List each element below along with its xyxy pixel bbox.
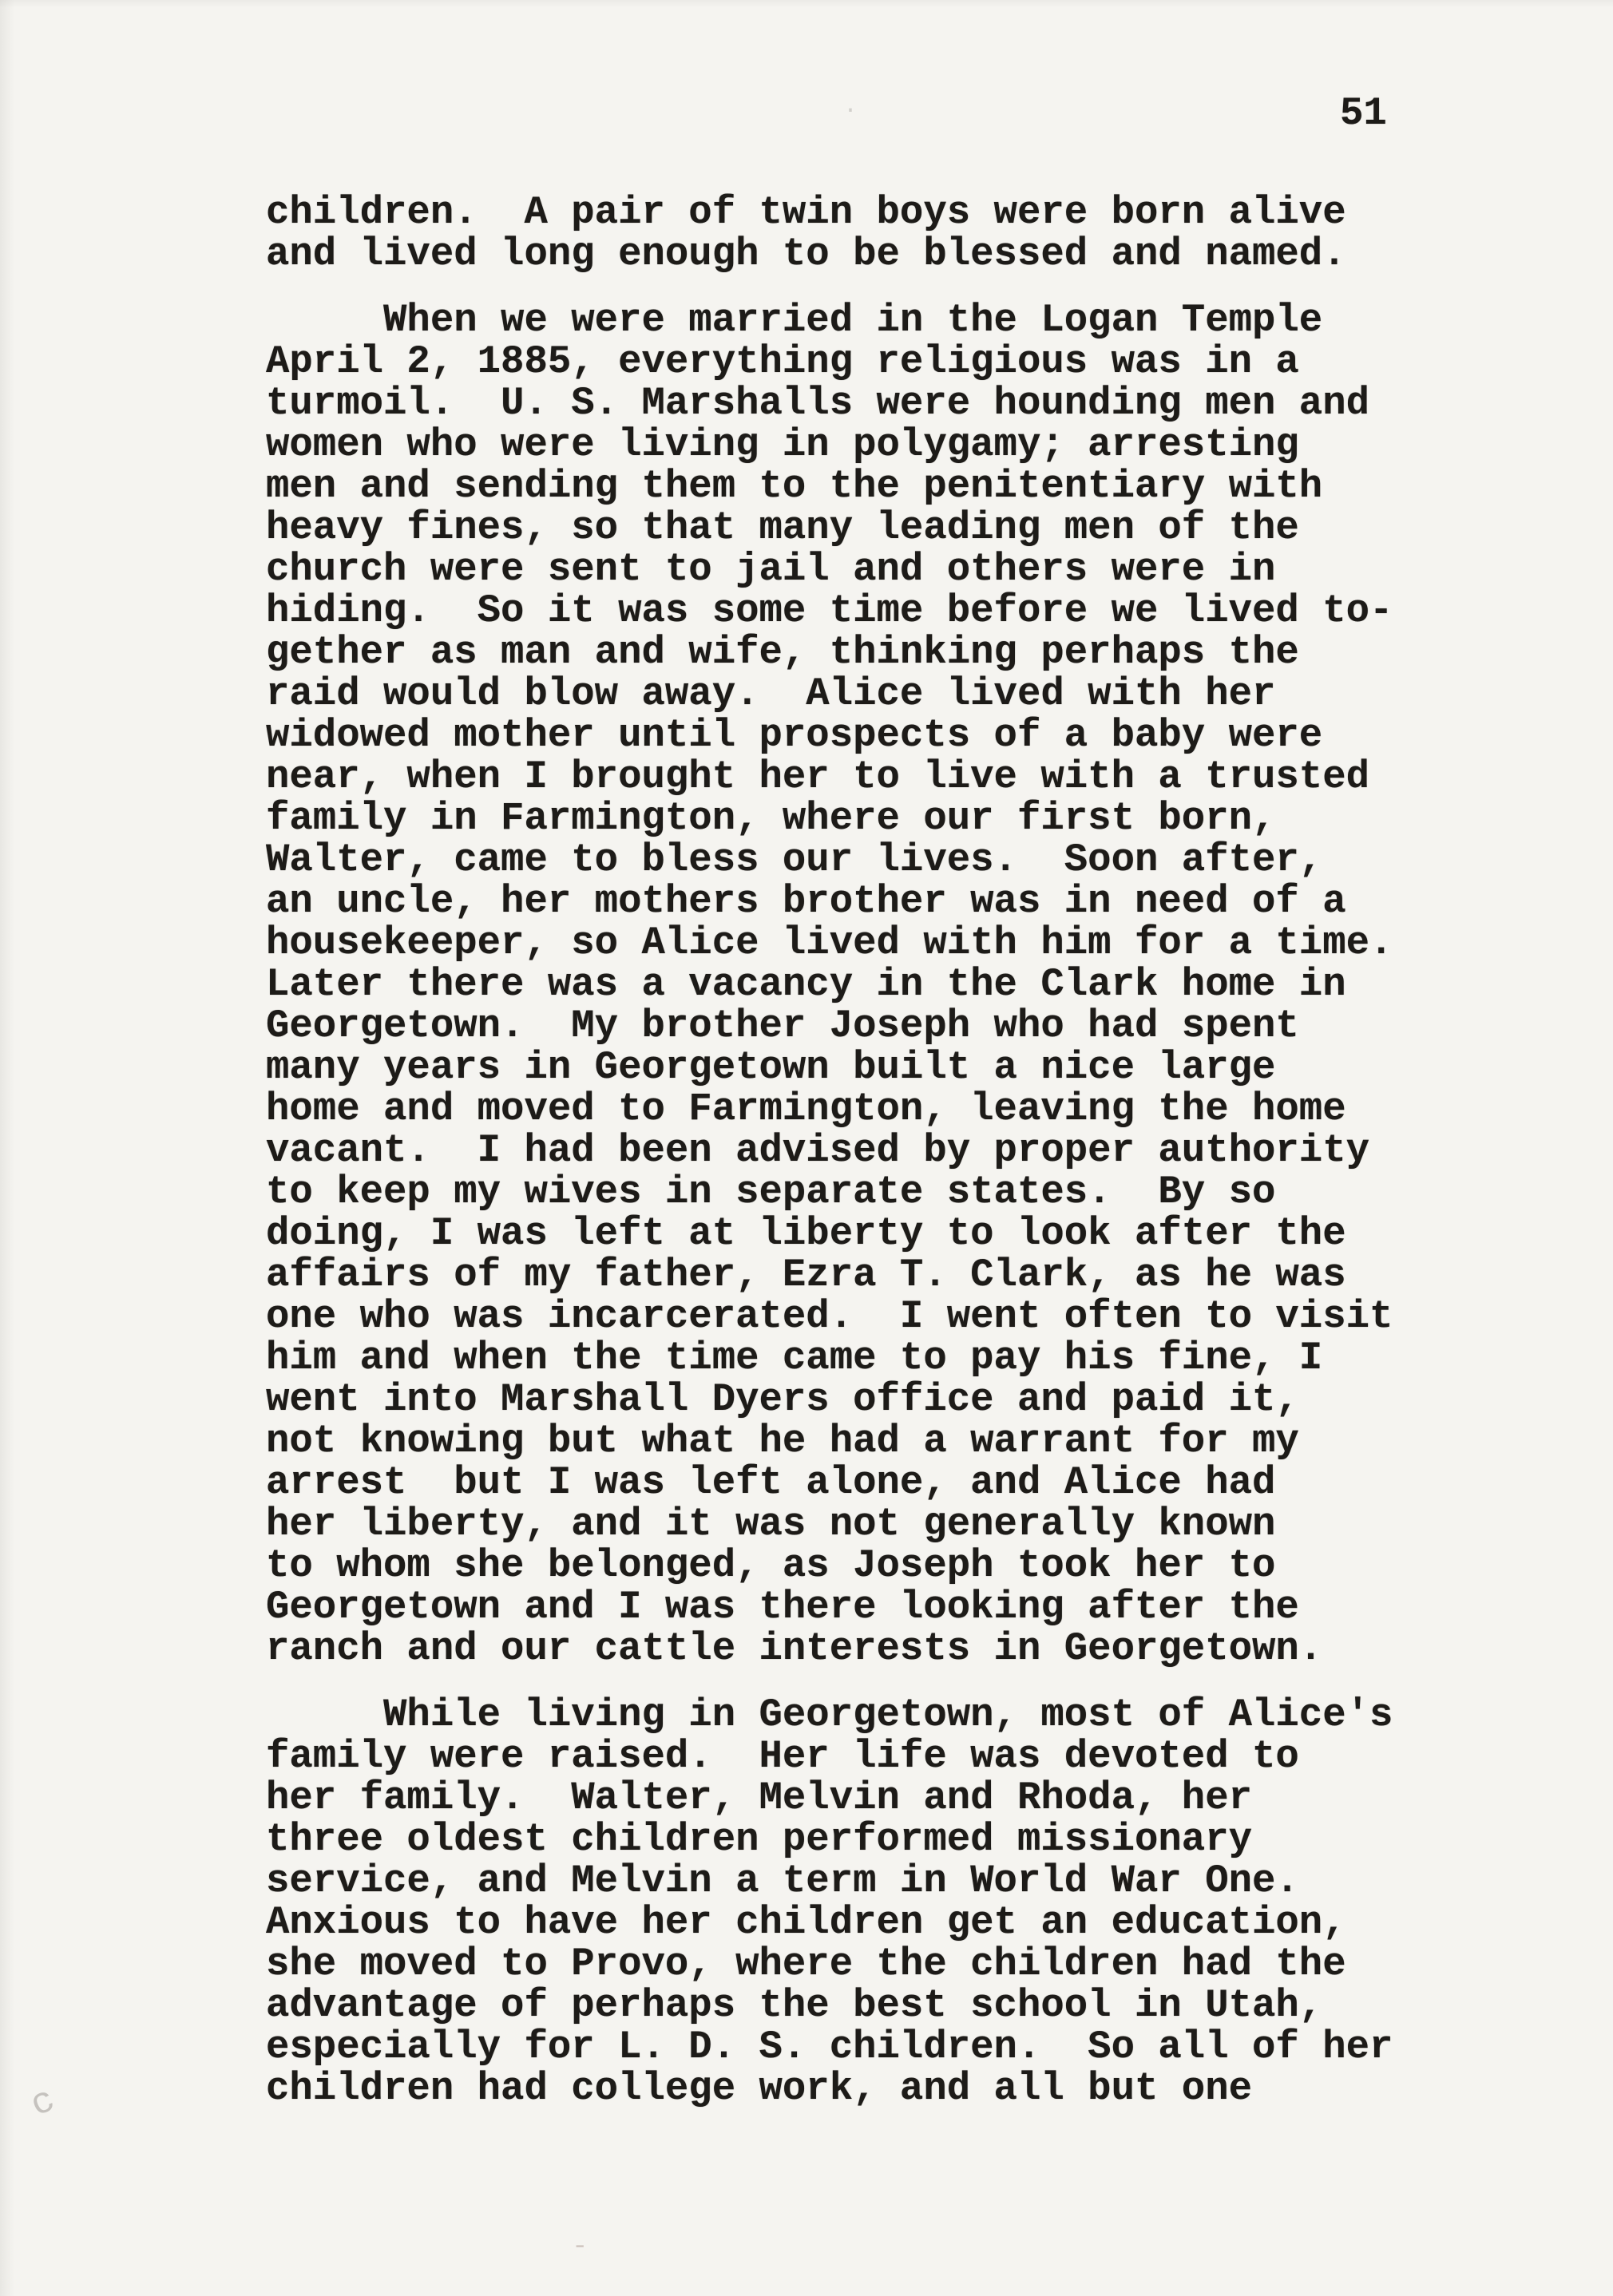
document-page: 51 children. A pair of twin boys were bo… <box>0 0 1613 2296</box>
scan-top-shadow <box>0 0 1613 8</box>
scan-artifact-curl: ϲ <box>25 2080 61 2127</box>
scan-artifact-dash: - <box>572 2232 588 2262</box>
page-number: 51 <box>1340 93 1387 134</box>
scan-artifact-speck: · <box>843 97 858 125</box>
paragraph-georgetown-family-life: While living in Georgetown, most of Alic… <box>266 1694 1393 2109</box>
paragraph-marriage-and-polygamy-raid: When we were married in the Logan Temple… <box>266 299 1393 1669</box>
scan-edge-shadow <box>0 0 14 2296</box>
paragraph-twin-boys-continuation: children. A pair of twin boys were born … <box>266 192 1346 275</box>
